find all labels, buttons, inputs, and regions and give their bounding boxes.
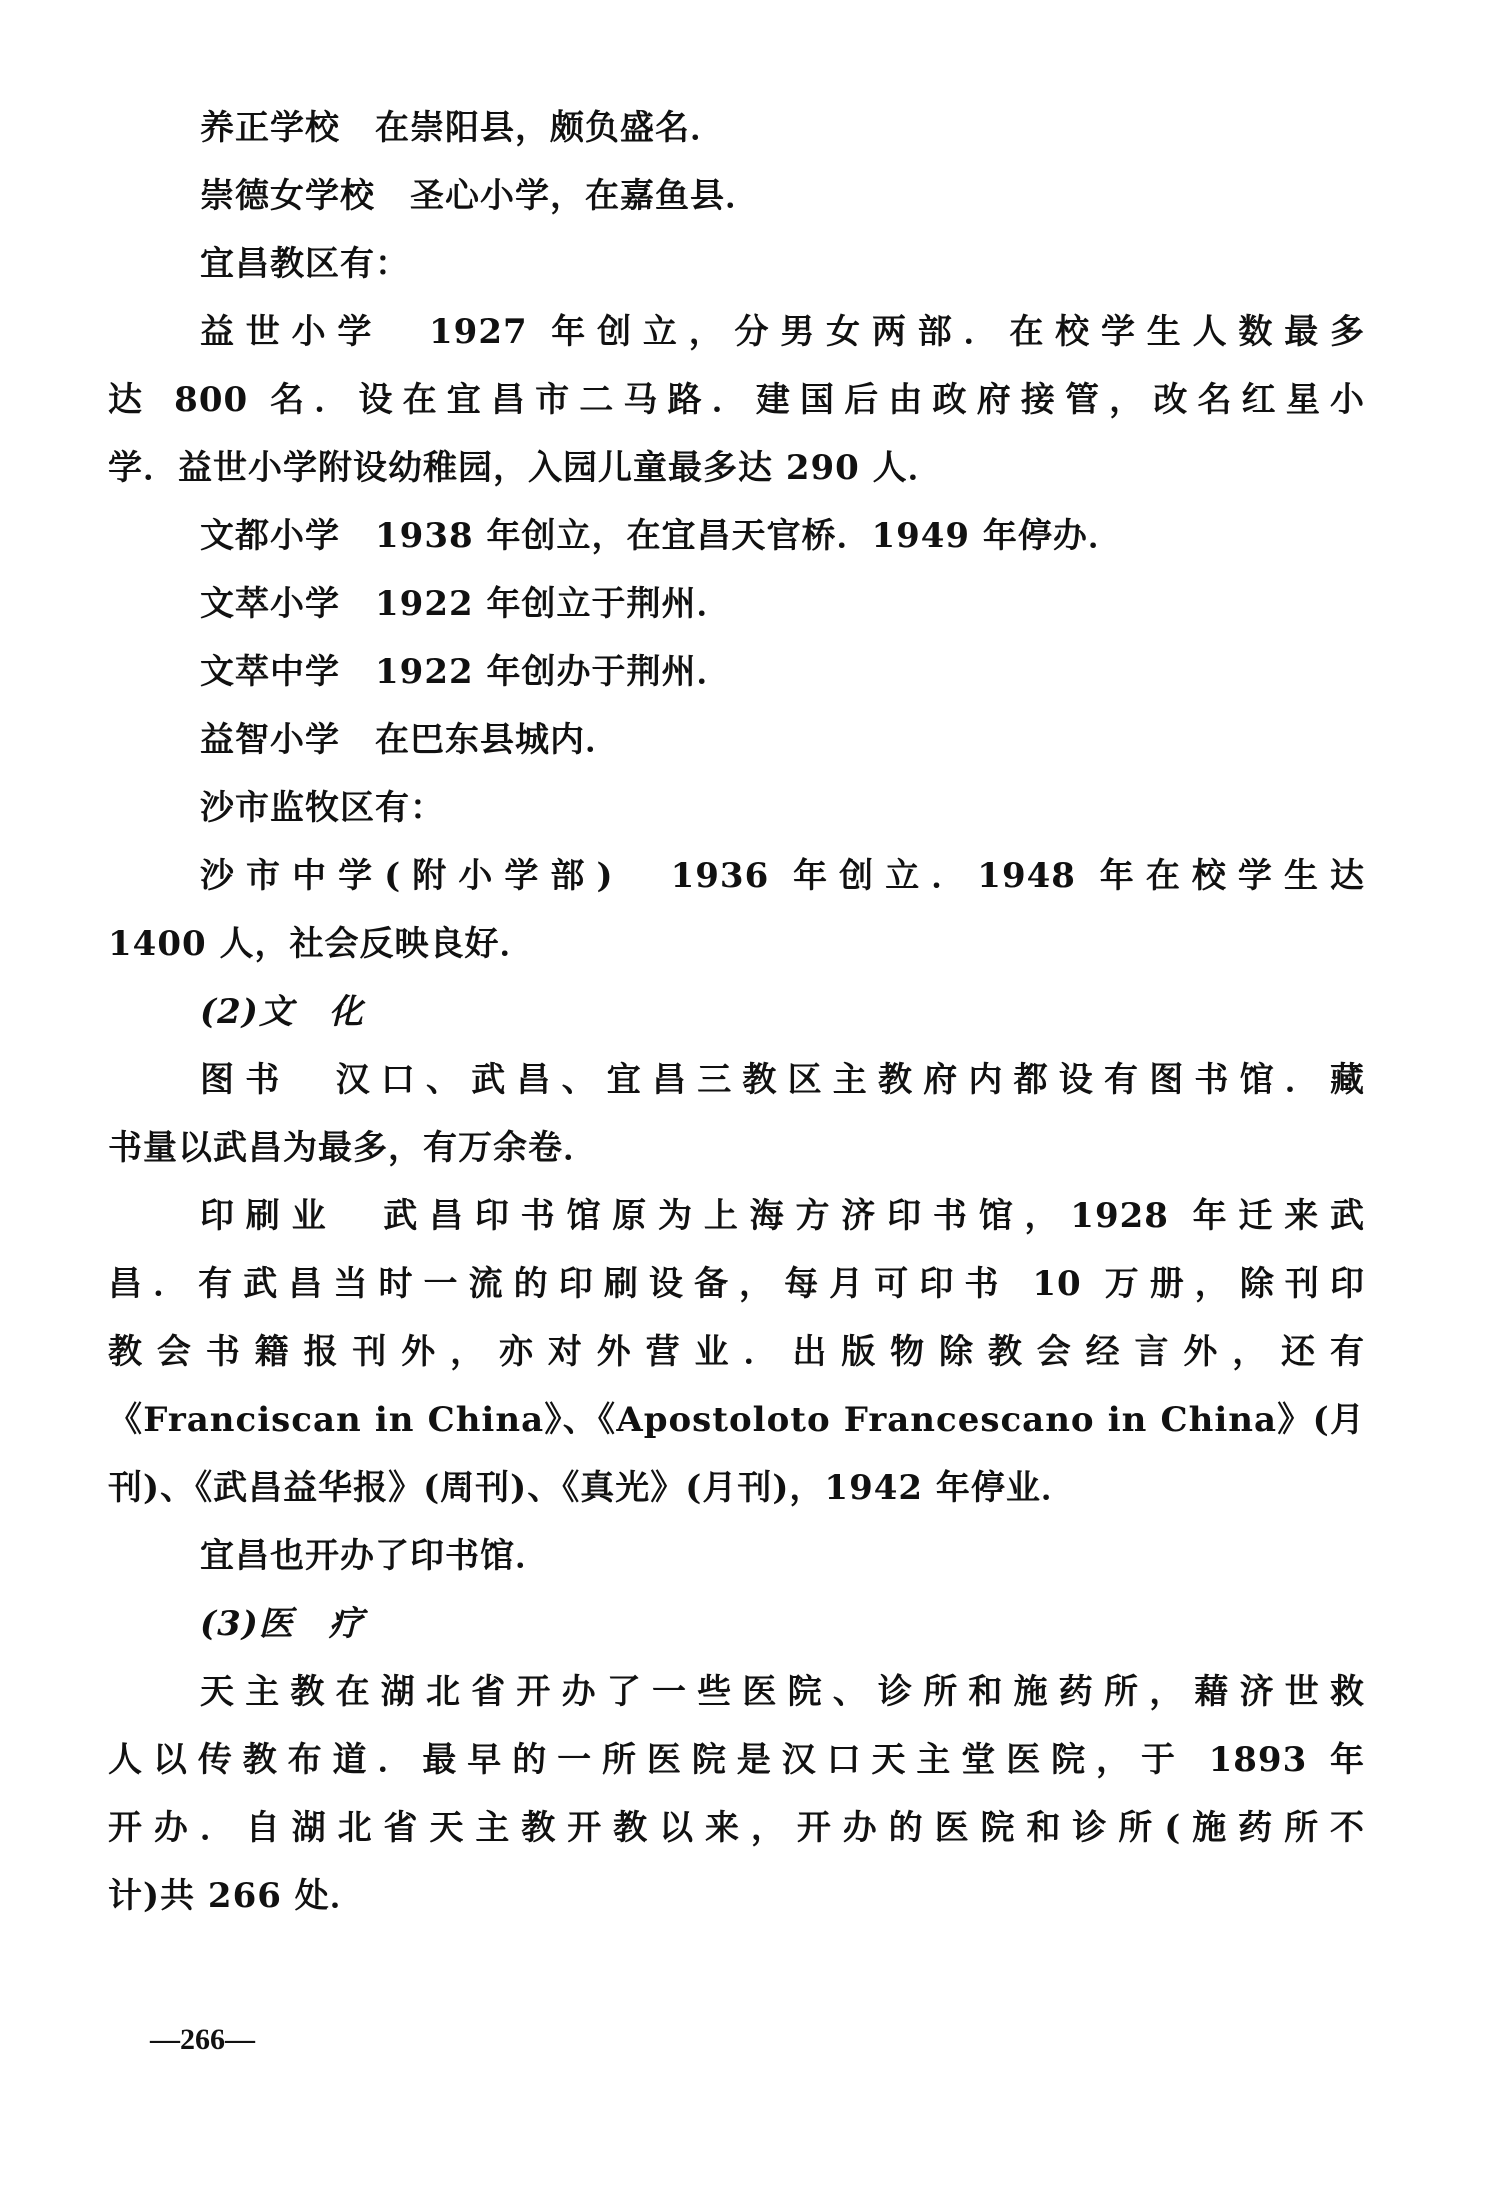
paragraph-medical-line-4: 计)共 266 处．	[108, 1876, 365, 1916]
paragraph-yishi-line-2: 达 800 名．设在宜昌市二马路．建国后由政府接管，改名红星小	[108, 380, 1365, 420]
paragraph-medical-line-3: 开办．自湖北省天主教开教以来，开办的医院和诊所(施药所不	[108, 1808, 1365, 1848]
paragraph-yishi-line-1: 益世小学 1927 年创立，分男女两部．在校学生人数最多	[200, 312, 1365, 352]
paragraph-printing-line-4: 《Franciscan in China》、《Apostoloto France…	[108, 1400, 1365, 1440]
paragraph-shashi-line-2: 1400 人，社会反映良好．	[108, 924, 534, 964]
entry-wencui-middle: 文萃中学 1922 年创办于荆州．	[200, 652, 731, 692]
paragraph-yishi-line-3: 学．益世小学附设幼稚园，入园儿童最多达 290 人．	[108, 448, 943, 488]
entry-chongde-girls-school: 崇德女学校 圣心小学，在嘉鱼县．	[200, 176, 760, 216]
paragraph-library-line-1: 图书 汉口、武昌、宜昌三教区主教府内都设有图书馆．藏	[200, 1060, 1365, 1100]
document-page: 养正学校 在崇阳县，颇负盛名． 崇德女学校 圣心小学，在嘉鱼县． 宜昌教区有： …	[0, 0, 1500, 2188]
paragraph-printing-line-1: 印刷业 武昌印书馆原为上海方济印书馆，1928 年迁来武	[200, 1196, 1365, 1236]
section-heading-culture: (2)文 化	[200, 992, 364, 1032]
entry-wencui-primary: 文萃小学 1922 年创立于荆州．	[200, 584, 731, 624]
paragraph-printing-line-5: 刊)、《武昌益华报》(周刊)、《真光》(月刊)，1942 年停业．	[108, 1468, 1076, 1508]
subheading-shashi-prefecture: 沙市监牧区有：	[200, 788, 445, 828]
paragraph-printing-line-3: 教会书籍报刊外，亦对外营业．出版物除教会经言外，还有	[108, 1332, 1365, 1372]
entry-yizhi-school: 益智小学 在巴东县城内．	[200, 720, 620, 760]
entry-yangzheng-school: 养正学校 在崇阳县，颇负盛名．	[200, 108, 725, 148]
paragraph-shashi-line-1: 沙市中学(附小学部) 1936 年创立．1948 年在校学生达	[200, 856, 1365, 896]
entry-wendu-school: 文都小学 1938 年创立，在宜昌天官桥．1949 年停办．	[200, 516, 1123, 556]
paragraph-printing-line-2: 昌．有武昌当时一流的印刷设备，每月可印书 10 万册，除刊印	[108, 1264, 1365, 1304]
paragraph-yichang-printing: 宜昌也开办了印书馆．	[200, 1536, 550, 1576]
page-number: —266—	[150, 2022, 255, 2058]
paragraph-library-line-2: 书量以武昌为最多，有万余卷．	[108, 1128, 598, 1168]
section-heading-medical: (3)医 疗	[200, 1604, 364, 1644]
paragraph-medical-line-1: 天主教在湖北省开办了一些医院、诊所和施药所，藉济世救	[200, 1672, 1365, 1712]
subheading-yichang-diocese: 宜昌教区有：	[200, 244, 410, 284]
paragraph-medical-line-2: 人以传教布道．最早的一所医院是汉口天主堂医院，于 1893 年	[108, 1740, 1365, 1780]
